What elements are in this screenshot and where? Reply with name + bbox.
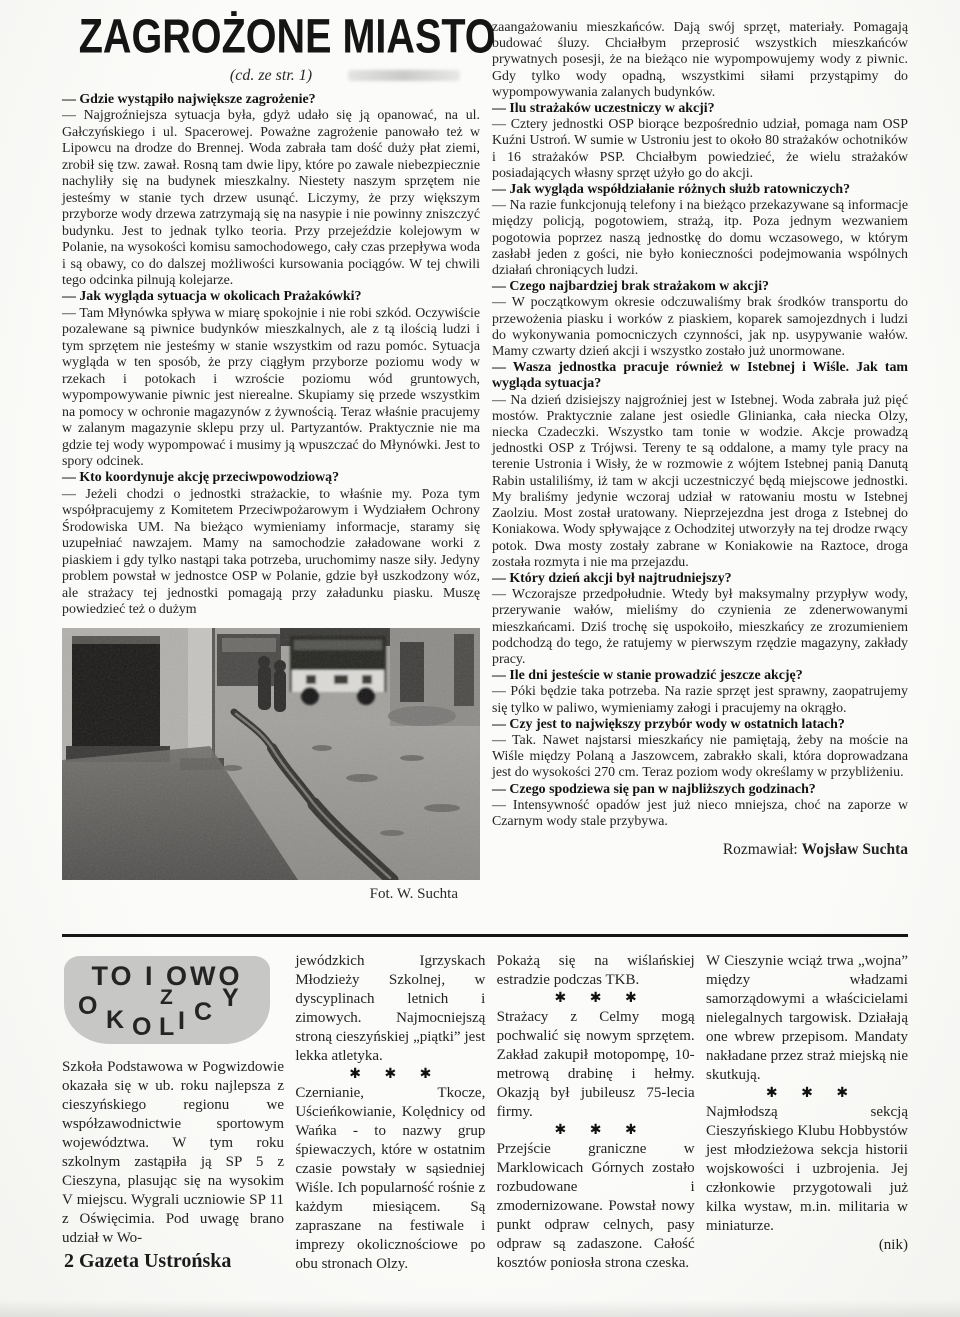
scan-shadow	[0, 1300, 960, 1317]
news-item: jewódzkich Igrzyskach Młodzieży Szkolnej…	[295, 952, 485, 1066]
article-headline: ZAGROŻONE MIASTO	[79, 11, 464, 63]
news-items: Szkoła Podstawowa w Pogwizdowie okazała …	[62, 1058, 284, 1248]
article-paragraph: — Czego najbardziej brak strażakom w akc…	[492, 279, 908, 295]
news-item: Czernianie, Tkocze, Uścieńkowianie, Kolę…	[295, 1084, 485, 1274]
news-section: TO I OWO Z OKOLICY Szkoła Podstawowa w P…	[62, 952, 908, 1274]
article-paragraph: — Jak wygląda sytuacja w okolicach Praża…	[62, 289, 480, 305]
byline-label: Rozmawiał:	[723, 841, 798, 858]
article-paragraph: — Ile dni jesteście w stanie prowadzić j…	[492, 668, 908, 684]
article-paragraph: — Wczorajsze przedpołudnie. Wtedy był ma…	[492, 587, 908, 668]
article-paragraph: — Jeżeli chodzi o jednostki strażackie, …	[62, 487, 480, 619]
article-paragraph: — Ilu strażaków uczestniczy w akcji?	[492, 101, 908, 117]
article-paragraph: — Jak wygląda współdziałanie różnych słu…	[492, 182, 908, 198]
news-logo-line2: Z	[160, 986, 173, 1010]
news-item: Szkoła Podstawowa w Pogwizdowie okazała …	[62, 1058, 284, 1248]
news-column-4: W Cieszynie wciąż trwa „wojna” między wł…	[706, 952, 908, 1274]
section-divider	[62, 934, 908, 937]
news-column-3: Pokażą się na wiślańskiej estradzie podc…	[497, 952, 695, 1274]
article-left-column: ZAGROŻONE MIASTO (cd. ze str. 1) — Gdzie…	[62, 14, 480, 903]
news-item: Pokażą się na wiślańskiej estradzie podc…	[497, 952, 695, 990]
article-paragraph: — Tam Młynówka spływa w miarę spokojnie …	[62, 306, 480, 471]
newspaper-page: ZAGROŻONE MIASTO (cd. ze str. 1) — Gdzie…	[0, 0, 960, 1317]
article-paragraph: — Intensywność opadów jest już nieco mni…	[492, 798, 908, 830]
news-item: (nik)	[706, 1236, 908, 1255]
byline: Rozmawiał: Wojsław Suchta	[492, 841, 908, 859]
page-number-masthead: 2 Gazeta Ustrońska	[64, 1250, 231, 1273]
news-item: ✱ ✱ ✱	[295, 1066, 485, 1084]
byline-author: Wojsław Suchta	[802, 841, 908, 858]
flood-street-photo	[62, 628, 480, 880]
news-item: Najmłodszą sekcją Cieszyńskiego Klubu Ho…	[706, 1103, 908, 1236]
article-paragraph: — Najgroźniejsza sytuacja była, gdyż uda…	[62, 108, 480, 289]
article-paragraph: — Czego spodziewa się pan w najbliższych…	[492, 782, 908, 798]
news-column-1: TO I OWO Z OKOLICY Szkoła Podstawowa w P…	[62, 952, 284, 1274]
article-paragraph: — W początkowym okresie odczuwaliśmy bra…	[492, 295, 908, 360]
article-left-text: — Gdzie wystąpiło największe zagrożenie?…	[62, 92, 480, 619]
news-item: Przejście graniczne w Marklowicach Górny…	[497, 1140, 695, 1273]
news-logo: TO I OWO Z OKOLICY	[64, 956, 270, 1044]
article-paragraph: — Tak. Nawet najstarsi mieszkańcy nie pa…	[492, 733, 908, 782]
article-paragraph: — Wasza jednostka pracuje również w Iste…	[492, 360, 908, 392]
article-paragraph: — Na razie funkcjonują telefony i na bie…	[492, 198, 908, 279]
photo-caption: Fot. W. Suchta	[62, 885, 480, 903]
article-continuation-note: (cd. ze str. 1)	[62, 66, 480, 86]
news-item: ✱ ✱ ✱	[706, 1085, 908, 1103]
news-item: Strażacy z Celmy mogą pochwalić się nowy…	[497, 1008, 695, 1122]
article-paragraph: — Czy jest to największy przybór wody w …	[492, 717, 908, 733]
news-column-2: jewódzkich Igrzyskach Młodzieży Szkolnej…	[295, 952, 485, 1274]
article-paragraph: zaangażowaniu mieszkańców. Dają swój spr…	[492, 20, 908, 101]
news-item: W Cieszynie wciąż trwa „wojna” między wł…	[706, 952, 908, 1085]
article-paragraph: — Póki będzie taka potrzeba. Na razie sp…	[492, 684, 908, 716]
article-paragraph: — Który dzień akcji był najtrudniejszy?	[492, 571, 908, 587]
article-paragraph: — Kto koordynuje akcję przeciwpowodziową…	[62, 470, 480, 486]
article-paragraph: — Na dzień dzisiejszy najgroźniej jest w…	[492, 393, 908, 571]
article-paragraph: — Gdzie wystąpiło największe zagrożenie?	[62, 92, 480, 108]
article-right-column: zaangażowaniu mieszkańców. Dają swój spr…	[492, 20, 908, 859]
article-right-text: zaangażowaniu mieszkańców. Dają swój spr…	[492, 20, 908, 830]
news-item: ✱ ✱ ✱	[497, 990, 695, 1008]
news-item: ✱ ✱ ✱	[497, 1122, 695, 1140]
article-paragraph: — Cztery jednostki OSP biorące bezpośred…	[492, 117, 908, 182]
